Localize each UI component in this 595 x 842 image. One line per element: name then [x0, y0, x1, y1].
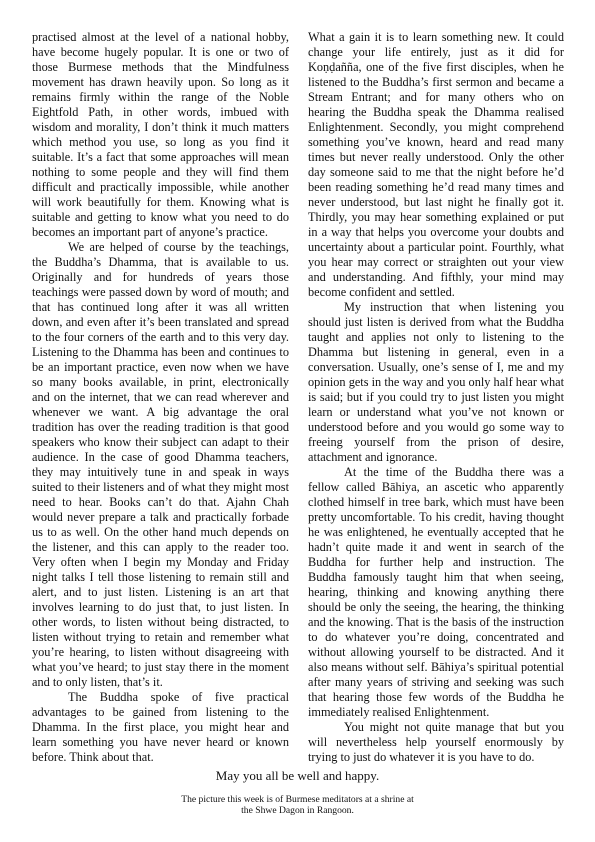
paragraph: What a gain it is to learn something new…	[308, 30, 564, 300]
left-column: practised almost at the level of a natio…	[32, 30, 289, 765]
paragraph: The Buddha spoke of five practical advan…	[32, 690, 289, 765]
caption-line: the Shwe Dagon in Rangoon.	[150, 805, 445, 816]
picture-caption: The picture this week is of Burmese medi…	[150, 794, 445, 816]
caption-line: The picture this week is of Burmese medi…	[150, 794, 445, 805]
right-column: What a gain it is to learn something new…	[308, 30, 564, 765]
paragraph: You might not quite manage that but you …	[308, 720, 564, 765]
paragraph: practised almost at the level of a natio…	[32, 30, 289, 240]
paragraph: At the time of the Buddha there was a fe…	[308, 465, 564, 720]
closing-blessing: May you all be well and happy.	[0, 768, 595, 784]
paragraph: We are helped of course by the teachings…	[32, 240, 289, 690]
document-page: practised almost at the level of a natio…	[0, 0, 595, 842]
paragraph: My instruction that when listening you s…	[308, 300, 564, 465]
